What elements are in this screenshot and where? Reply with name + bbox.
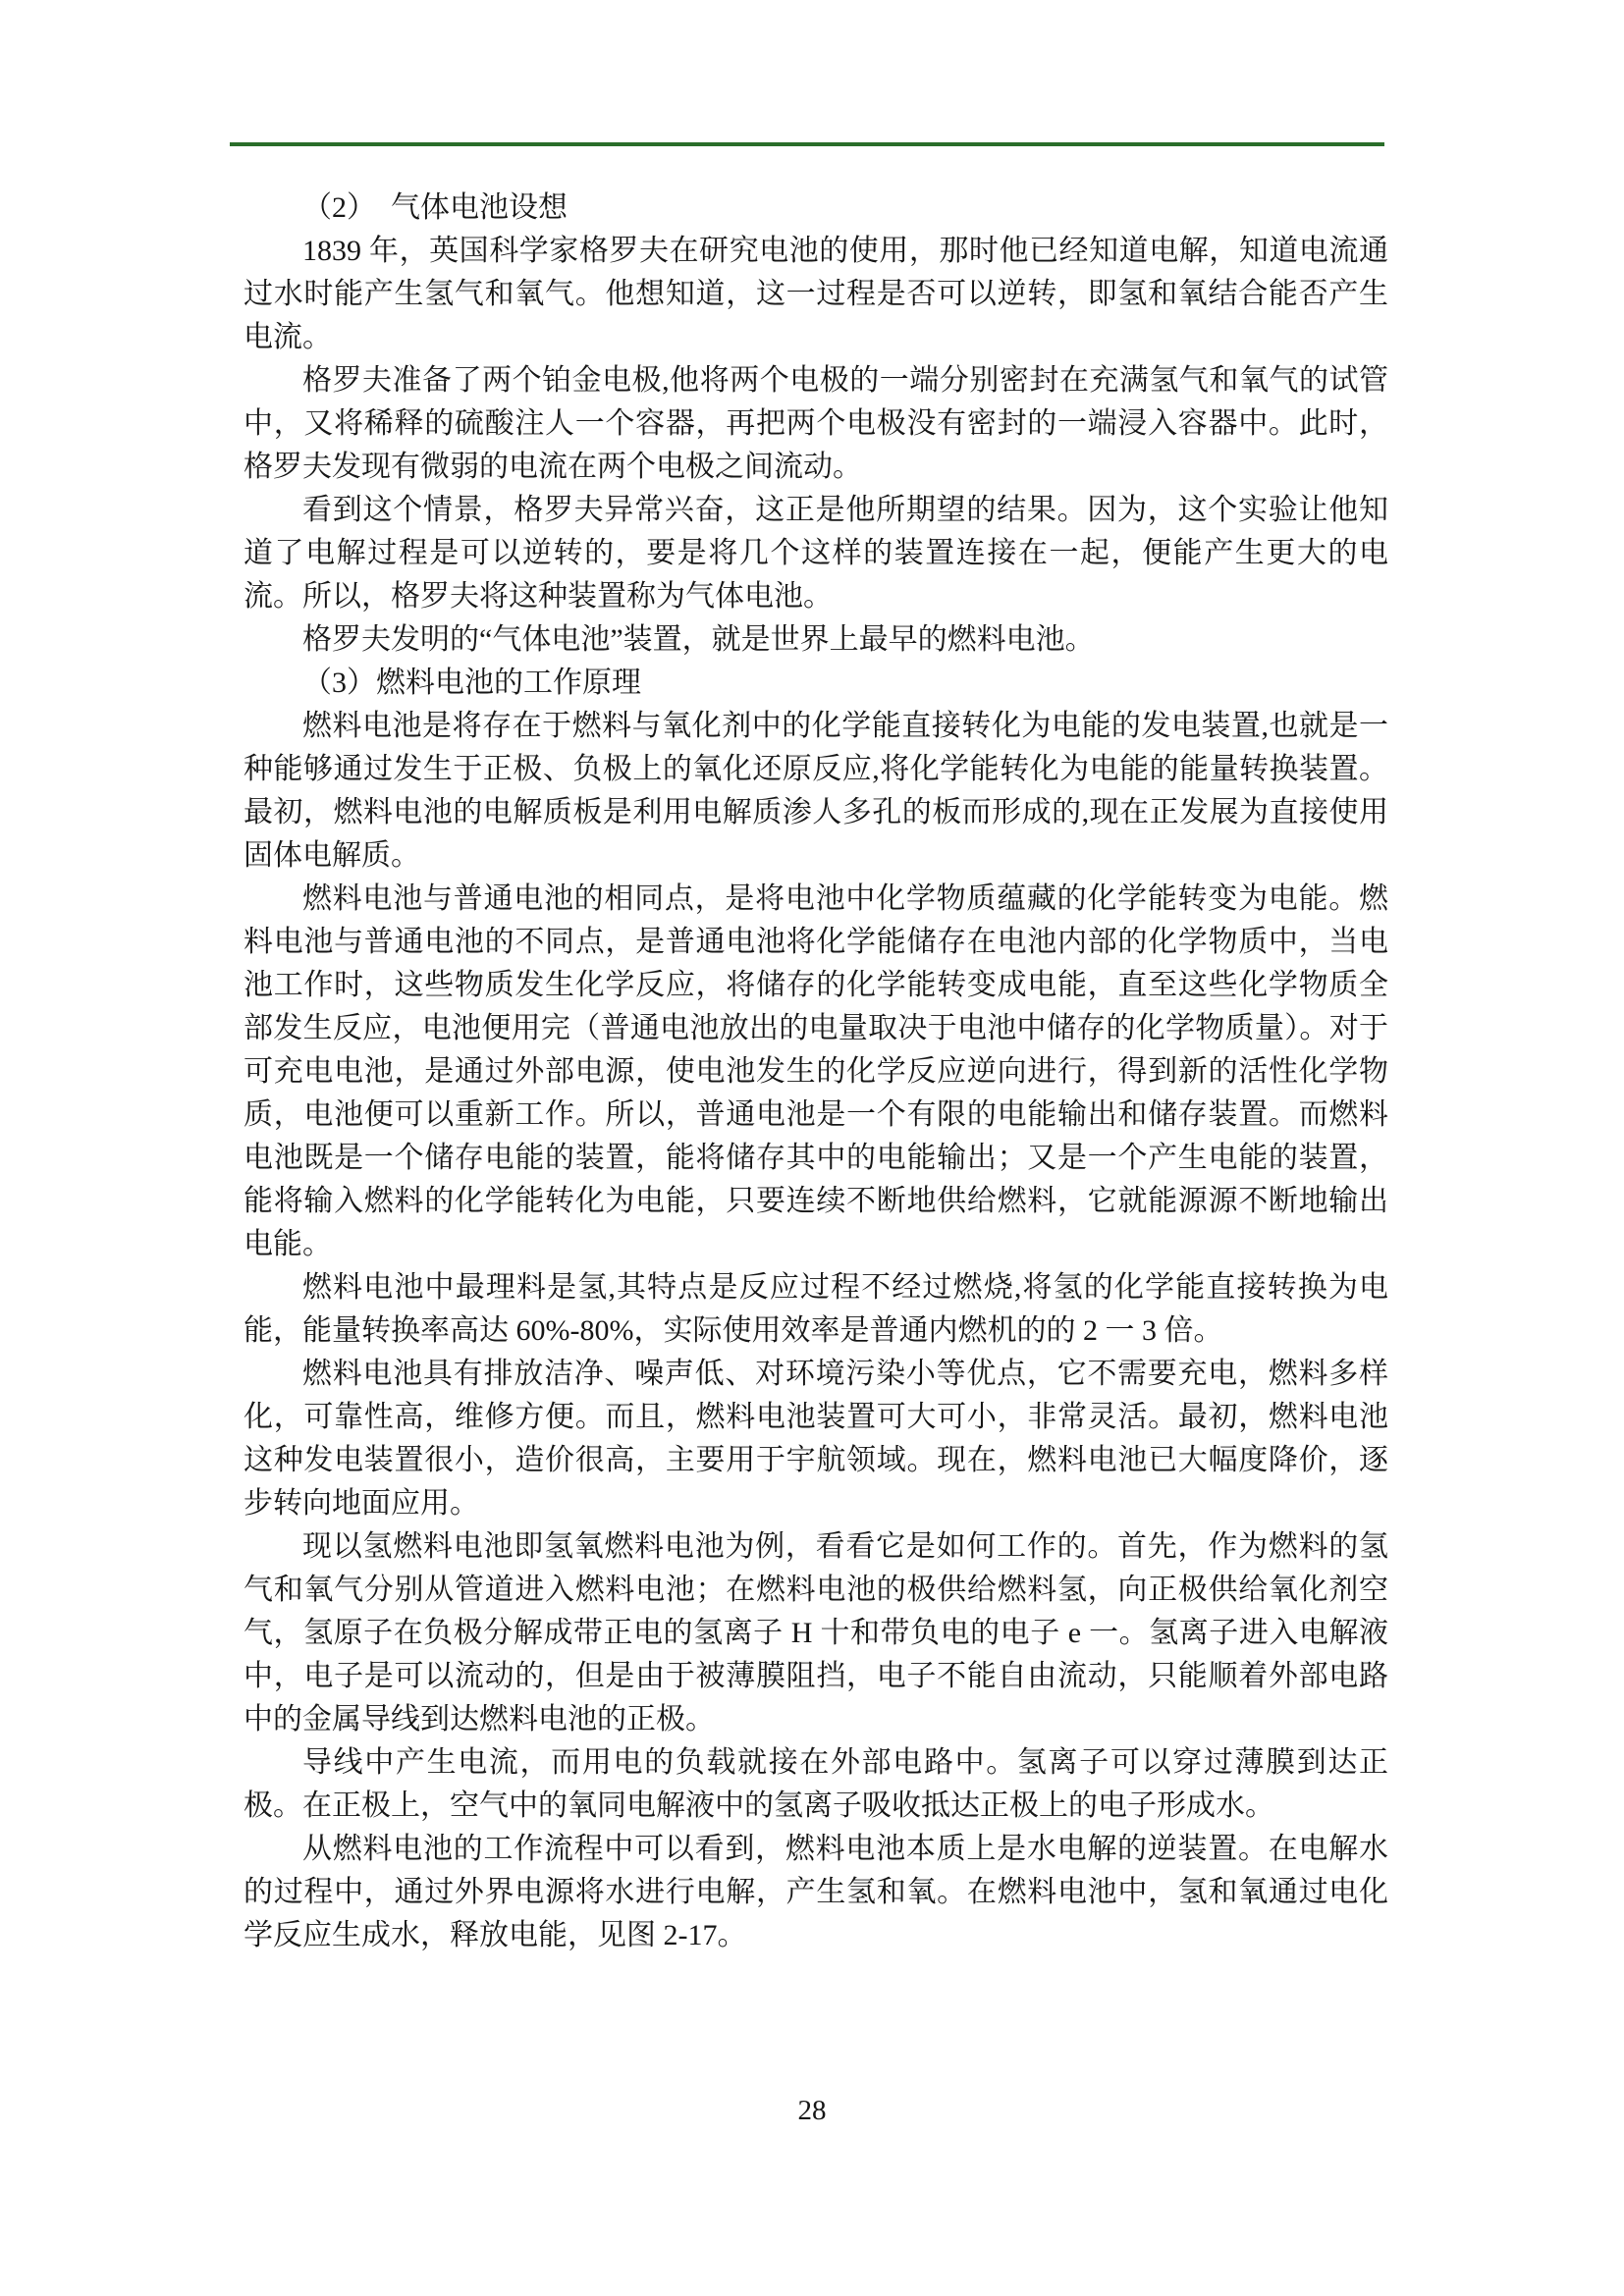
paragraph-grove-1839: 1839 年，英国科学家格罗夫在研究电池的使用，那时他已经知道电解，知道电流通过… xyxy=(244,230,1388,359)
paragraph-grove-excited: 看到这个情景，格罗夫异常兴奋，这正是他所期望的结果。因为，这个实验让他知道了电解… xyxy=(244,489,1388,618)
document-page: （2） 气体电池设想 1839 年，英国科学家格罗夫在研究电池的使用，那时他已经… xyxy=(0,0,1624,2296)
header-rule xyxy=(230,142,1384,146)
document-body: （2） 气体电池设想 1839 年，英国科学家格罗夫在研究电池的使用，那时他已经… xyxy=(244,187,1388,1957)
paragraph-grove-experiment: 格罗夫准备了两个铂金电极,他将两个电极的一端分别密封在充满氢气和氧气的试管中，又… xyxy=(244,359,1388,489)
paragraph-reverse-electrolysis: 从燃料电池的工作流程中可以看到，燃料电池本质上是水电解的逆装置。在电解水的过程中… xyxy=(244,1828,1388,1957)
paragraph-current-and-load: 导线中产生电流，而用电的负载就接在外部电路中。氢离子可以穿过薄膜到达正极。在正极… xyxy=(244,1741,1388,1828)
section-heading-gas-battery-idea: （2） 气体电池设想 xyxy=(244,187,1388,230)
paragraph-hydrogen-efficiency: 燃料电池中最理料是氢,其特点是反应过程不经过燃烧,将氢的化学能直接转换为电能，能… xyxy=(244,1266,1388,1353)
paragraph-fuel-cell-vs-battery: 燃料电池与普通电池的相同点，是将电池中化学物质蕴藏的化学能转变为电能。燃料电池与… xyxy=(244,878,1388,1266)
section-heading-fuel-cell-principle: （3）燃料电池的工作原理 xyxy=(244,662,1388,705)
paragraph-hydrogen-oxygen-working: 现以氢燃料电池即氢氧燃料电池为例，看看它是如何工作的。首先，作为燃料的氢气和氧气… xyxy=(244,1525,1388,1741)
paragraph-fuel-cell-advantages: 燃料电池具有排放洁净、噪声低、对环境污染小等优点，它不需要充电，燃料多样化，可靠… xyxy=(244,1353,1388,1525)
page-number: 28 xyxy=(0,2093,1624,2128)
paragraph-fuel-cell-definition: 燃料电池是将存在于燃料与氧化剂中的化学能直接转化为电能的发电装置,也就是一种能够… xyxy=(244,705,1388,878)
paragraph-grove-invention: 格罗夫发明的“气体电池”装置，就是世界上最早的燃料电池。 xyxy=(244,618,1388,662)
